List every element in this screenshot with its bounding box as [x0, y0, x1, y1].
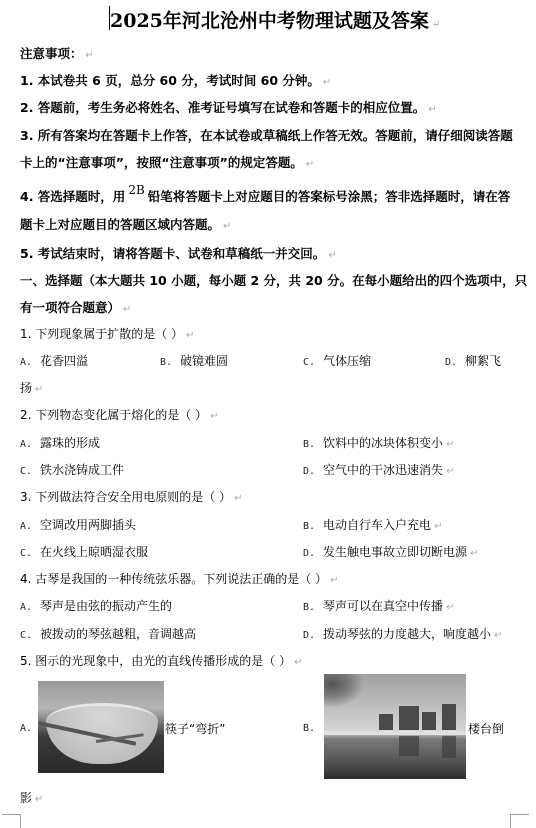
building — [399, 706, 419, 730]
question-2-option-a: A.露珠的形成 — [20, 434, 100, 451]
question-1-option-d: D.柳絮飞 — [445, 352, 501, 369]
shoreline — [324, 731, 466, 735]
question-5-option-a-text: 筷子“弯折” — [165, 720, 225, 737]
notice-item-5: 5. 考试结束时，请将答题卡、试卷和草稿纸一并交回。↵ — [20, 244, 337, 262]
tree-branches — [324, 674, 364, 708]
question-1-option-c: C.气体压缩 — [303, 352, 371, 369]
question-5-option-b-wrap: 影↵ — [20, 789, 43, 806]
question-4-option-b: B.琴声可以在真空中传播↵ — [303, 597, 454, 614]
question-1-option-b: B.破镜难圆 — [160, 352, 228, 369]
question-3-option-a: A.空调改用两脚插头 — [20, 516, 136, 533]
building-reflection — [399, 736, 419, 756]
building-reflection — [442, 736, 456, 758]
question-1-stem: 1. 下列现象属于扩散的是（ ）↵ — [20, 325, 194, 342]
question-2-option-b: B.饮料中的冰块体积变小↵ — [303, 434, 454, 451]
question-3-option-c: C.在火线上晾晒湿衣服 — [20, 543, 148, 560]
document-title: 2025年河北沧州中考物理试题及答案↵ — [110, 6, 440, 33]
notice-item-3-line2: 卡上的“注意事项”，按照“注意事项”的规定答题。↵ — [20, 153, 314, 171]
question-2-option-d: D.空气中的干冰迅速消失↵ — [303, 461, 454, 478]
page-corner-mark-right — [510, 814, 529, 828]
notice-item-4-line2: 题卡上对应题目的答题区域内答题。↵ — [20, 215, 231, 233]
notice-item-3-line1: 3. 所有答案均在答题卡上作答，在本试卷或草稿纸上作答无效。答题前，请仔细阅读答… — [20, 126, 513, 144]
notice-heading: 注意事项：↵ — [20, 44, 94, 62]
pencil-grade-2b: 2B — [128, 183, 144, 197]
notice-item-4-line1: 4. 答选择题时，用2B铅笔将答题卡上对应题目的答案标号涂黑；答非选择题时，请在… — [20, 187, 510, 205]
question-5-option-b-label: B. — [303, 720, 323, 734]
question-4-option-d: D.拨动琴弦的力度越大，响度越小↵ — [303, 625, 502, 642]
building — [442, 704, 456, 730]
section-1-heading-line1: 一、选择题（本大题共 10 小题，每小题 2 分，共 20 分。在每小题给出的四… — [20, 271, 527, 289]
question-1-option-a: A.花香四溢 — [20, 352, 88, 369]
building-reflection-photo — [324, 674, 466, 779]
question-4-option-c: C.被拨动的琴弦越粗，音调越高 — [20, 625, 196, 642]
question-3-stem: 3. 下列做法符合安全用电原则的是（ ）↵ — [20, 488, 242, 505]
question-4-option-a: A.琴声是由弦的振动产生的 — [20, 597, 172, 614]
building — [422, 712, 436, 730]
question-3-option-b: B.电动自行车入户充电↵ — [303, 516, 442, 533]
question-3-option-d: D.发生触电事故立即切断电源↵ — [303, 543, 478, 560]
question-2-option-c: C.铁水浇铸成工件 — [20, 461, 124, 478]
question-5-stem: 5. 图示的光现象中，由光的直线传播形成的是（ ）↵ — [20, 652, 302, 669]
notice-item-2: 2. 答题前，考生务必将姓名、准考证号填写在试卷和答题卡的相应位置。↵ — [20, 98, 437, 116]
section-1-heading-line2: 有一项符合题意）↵ — [20, 298, 131, 316]
page-corner-mark-left — [2, 814, 21, 828]
question-4-stem: 4. 古琴是我国的一种传统弦乐器。下列说法正确的是（ ）↵ — [20, 570, 338, 587]
building — [379, 714, 393, 730]
question-1-option-d-wrap: 扬↵ — [20, 379, 43, 396]
question-5-option-b-text: 楼台倒 — [468, 720, 504, 737]
bowl-with-chopsticks-photo — [38, 681, 164, 773]
notice-item-1: 1. 本试卷共 6 页，总分 60 分，考试时间 60 分钟。↵ — [20, 71, 331, 89]
question-2-stem: 2. 下列物态变化属于熔化的是（ ）↵ — [20, 406, 218, 423]
